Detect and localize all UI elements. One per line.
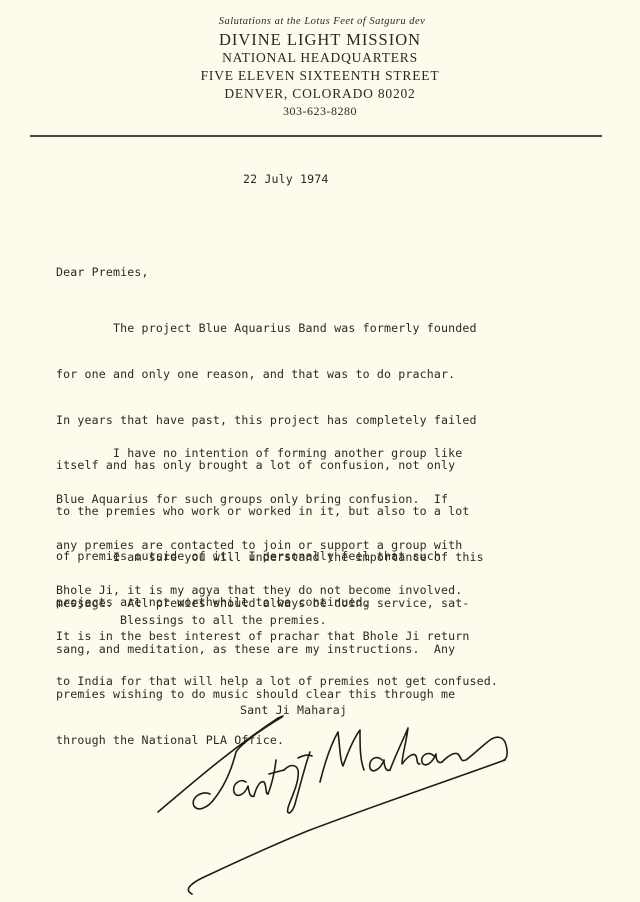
- paragraph-line: I am sure you will understand the import…: [56, 550, 484, 565]
- paragraph-line: Blue Aquarius for such groups only bring…: [56, 492, 498, 507]
- letter-greeting: Dear Premies,: [56, 265, 149, 279]
- organization-name: DIVINE LIGHT MISSION: [0, 30, 640, 49]
- letter-closing: Blessings to all the premies.: [120, 613, 327, 627]
- letterhead-divider: [30, 135, 602, 137]
- paragraph-line: I have no intention of forming another g…: [56, 446, 498, 461]
- letterhead: Salutations at the Lotus Feet of Satguru…: [0, 14, 640, 119]
- paragraph-line: message. All premies should always be do…: [56, 596, 484, 611]
- paragraph-line: The project Blue Aquarius Band was forme…: [56, 321, 477, 336]
- letter-date: 22 July 1974: [243, 172, 329, 186]
- phone-number: 303-623-8280: [0, 103, 640, 119]
- handwritten-signature-icon: [150, 690, 550, 902]
- paragraph-line: for one and only one reason, and that wa…: [56, 367, 477, 382]
- division-name: NATIONAL HEADQUARTERS: [0, 49, 640, 67]
- city-address: DENVER, COLORADO 80202: [0, 85, 640, 103]
- letterhead-salutation: Salutations at the Lotus Feet of Satguru…: [4, 14, 640, 30]
- street-address: FIVE ELEVEN SIXTEENTH STREET: [0, 67, 640, 85]
- paragraph-line: sang, and meditation, as these are my in…: [56, 642, 484, 657]
